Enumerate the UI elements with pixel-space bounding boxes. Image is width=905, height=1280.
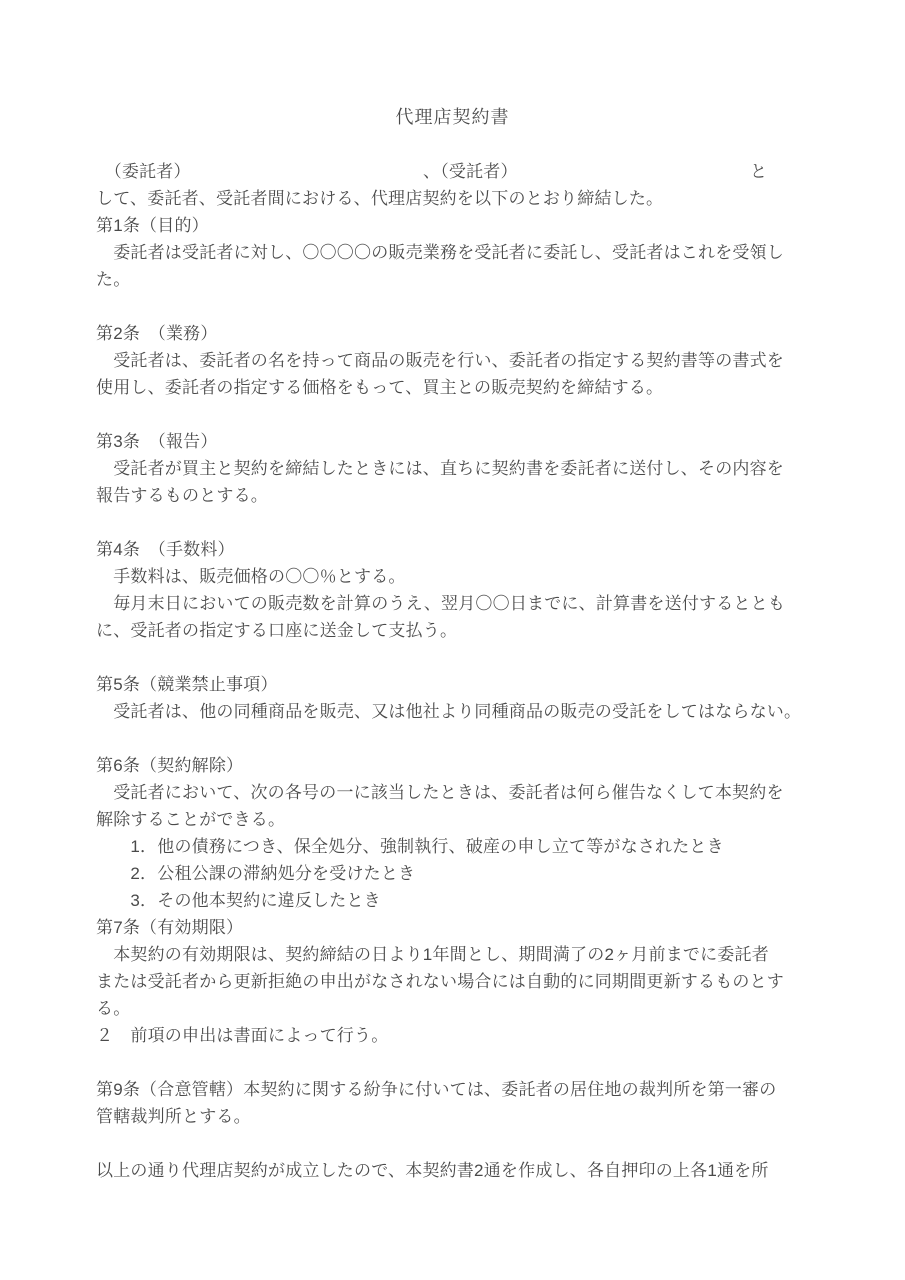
document-line: して、委託者、受託者間における、代理店契約を以下のとおり締結した。 <box>96 185 856 212</box>
document-line: 以上の通り代理店契約が成立したので、本契約書2通を作成し、各自押印の上各1通を所 <box>96 1157 856 1184</box>
document-line <box>96 1049 856 1076</box>
document-line: 第5条（競業禁止事項） <box>96 671 856 698</box>
document-line: 解除することができる。 <box>96 806 856 833</box>
document-line <box>96 644 856 671</box>
document-line: 第7条（有効期限） <box>96 914 856 941</box>
document-line: 第6条（契約解除） <box>96 752 856 779</box>
document-line: た。 <box>96 266 856 293</box>
document-line: 3．その他本契約に違反したとき <box>96 887 856 914</box>
document-line: 管轄裁判所とする。 <box>96 1103 856 1130</box>
document-line: 使用し、委託者の指定する価格をもって、買主との販売契約を締結する。 <box>96 374 856 401</box>
document-line: または受託者から更新拒絶の申出がなされない場合には自動的に同期間更新するものとす <box>96 968 856 995</box>
document-line: 第3条 （報告） <box>96 428 856 455</box>
document-line: 2．公租公課の滞納処分を受けたとき <box>96 860 856 887</box>
document-line: 1．他の債務につき、保全処分、強制執行、破産の申し立て等がなされたとき <box>96 833 856 860</box>
document-line: 手数料は、販売価格の〇〇％とする。 <box>96 563 856 590</box>
document-line: （委託者） 、（受託者） と <box>96 158 856 185</box>
document-line: ２ 前項の申出は書面によって行う。 <box>96 1022 856 1049</box>
document-line <box>96 1130 856 1157</box>
document-line: 本契約の有効期限は、契約締結の日より1年間とし、期間満了の2ヶ月前までに委託者 <box>96 941 856 968</box>
document-line: 委託者は受託者に対し、〇〇〇〇の販売業務を受託者に委託し、受託者はこれを受領し <box>96 239 856 266</box>
document-line: 第2条 （業務） <box>96 320 856 347</box>
document-line: る。 <box>96 995 856 1022</box>
document-line: に、受託者の指定する口座に送金して支払う。 <box>96 617 856 644</box>
document-line: 受託者が買主と契約を締結したときには、直ちに契約書を委託者に送付し、その内容を <box>96 455 856 482</box>
document-title: 代理店契約書 <box>0 104 905 131</box>
document-line <box>96 509 856 536</box>
document-line: 受託者において、次の各号の一に該当したときは、委託者は何ら催告なくして本契約を <box>96 779 856 806</box>
document-line: 受託者は、他の同種商品を販売、又は他社より同種商品の販売の受託をしてはならない。 <box>96 698 856 725</box>
document-line: 第4条 （手数料） <box>96 536 856 563</box>
document-line: 受託者は、委託者の名を持って商品の販売を行い、委託者の指定する契約書等の書式を <box>96 347 856 374</box>
document-line: 第9条（合意管轄）本契約に関する紛争に付いては、委託者の居住地の裁判所を第一審の <box>96 1076 856 1103</box>
document-line <box>96 293 856 320</box>
document-line <box>96 725 856 752</box>
document-line: 報告するものとする。 <box>96 482 856 509</box>
document-page: 代理店契約書 （委託者） 、（受託者） として、委託者、受託者間における、代理店… <box>0 0 905 1280</box>
document-body: （委託者） 、（受託者） として、委託者、受託者間における、代理店契約を以下のと… <box>96 158 856 1184</box>
document-line: 第1条（目的） <box>96 212 856 239</box>
document-line: 毎月末日においての販売数を計算のうえ、翌月〇〇日までに、計算書を送付するととも <box>96 590 856 617</box>
document-line <box>96 401 856 428</box>
